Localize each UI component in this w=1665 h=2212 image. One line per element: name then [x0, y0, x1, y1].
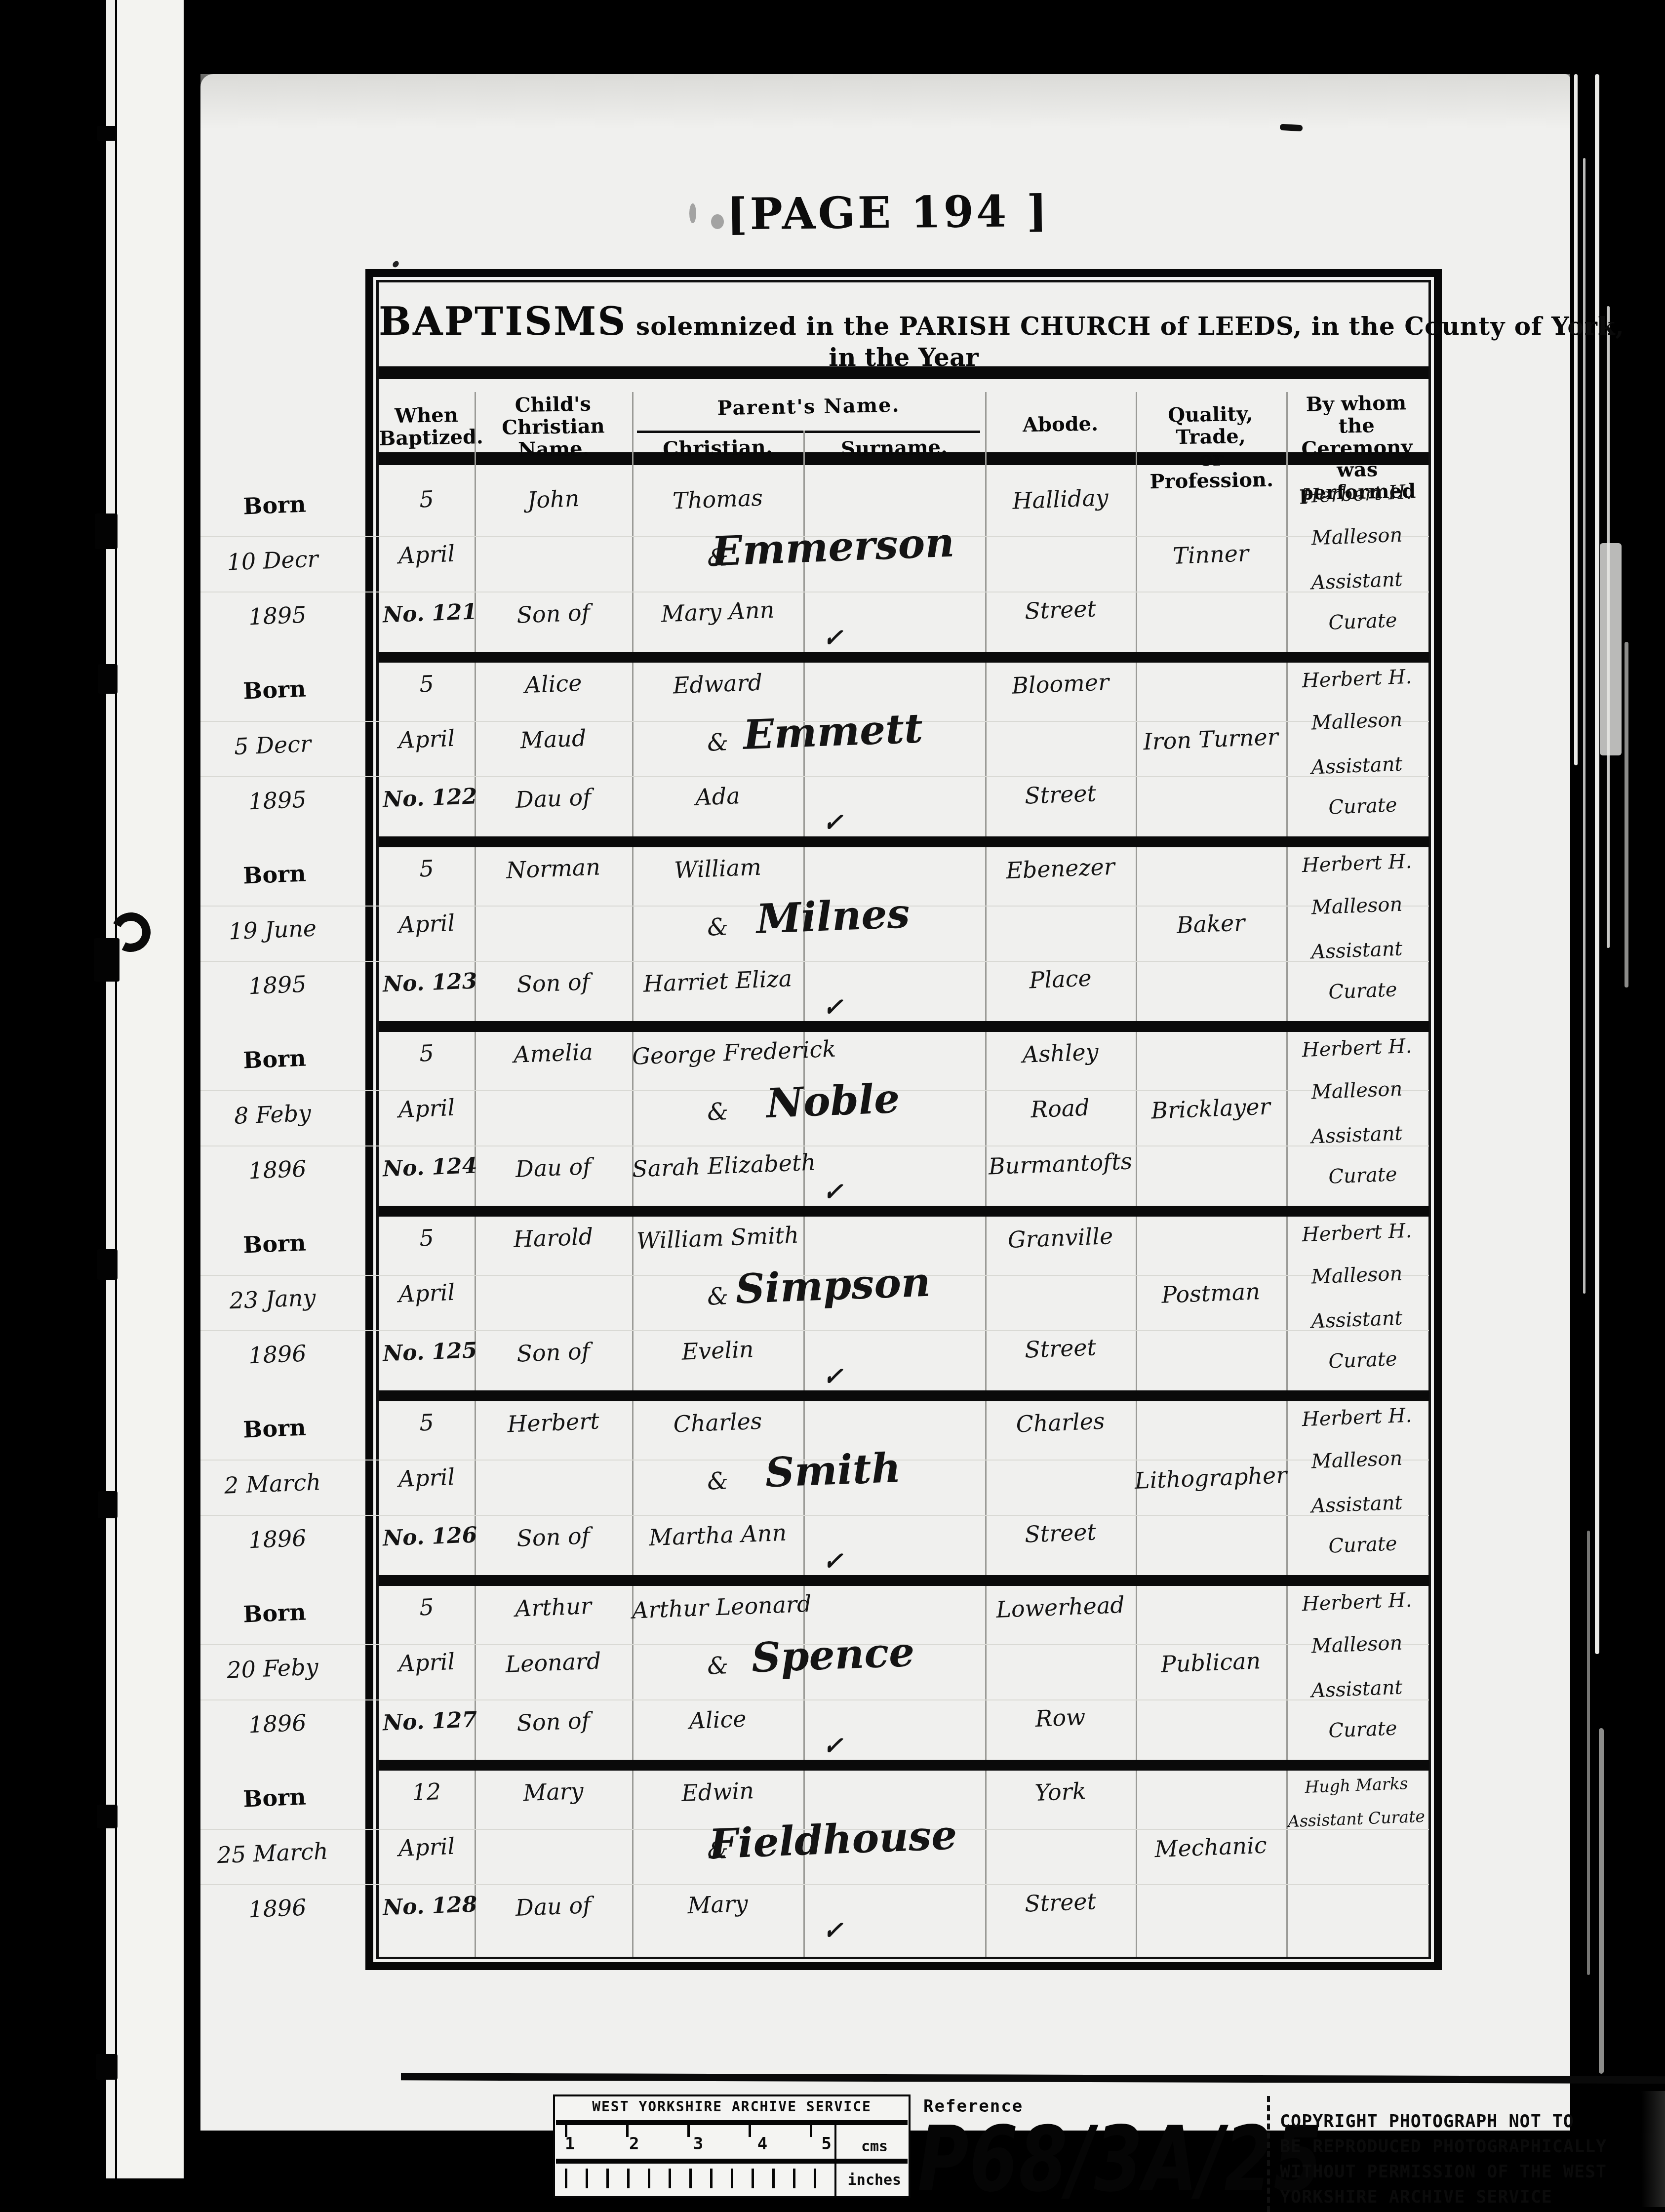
family-surname: Emmett	[694, 703, 972, 760]
check-mark: ✓	[802, 1542, 864, 1580]
child-christian-name-2	[475, 1831, 632, 1837]
abode-line1: Charles	[985, 1406, 1136, 1439]
col-header-parents-name: Parent's Name.	[632, 393, 986, 421]
baptized-day: 5	[378, 1407, 475, 1437]
profession: Bricklayer	[1119, 1092, 1303, 1125]
child-christian-name: Arthur	[474, 1591, 633, 1623]
performer-line1: Herbert H.	[1286, 480, 1428, 509]
abode-line2	[976, 1276, 1144, 1283]
inches-label: inches	[840, 2172, 909, 2189]
father-name: Thomas	[632, 482, 804, 515]
ink-dot	[392, 260, 400, 269]
table-row: Born 23 Jany 1896 5 April No. 125 Harold…	[379, 1217, 1429, 1401]
cm-number: 3	[693, 2134, 703, 2154]
film-blob	[97, 126, 117, 141]
baptized-day: 12	[378, 1777, 475, 1807]
copyright-line: COPYRIGHT PHOTOGRAPH NOT TO	[1280, 2109, 1635, 2134]
family-surname: Noble	[694, 1072, 972, 1130]
abode-line1: Lowerhead	[985, 1591, 1136, 1623]
table-title-block: BAPTISMS solemnized in the PARISH CHURCH…	[379, 282, 1428, 379]
ruler-bar	[556, 2120, 908, 2125]
baptized-day: 5	[378, 853, 475, 883]
child-relation: Son of	[474, 1521, 633, 1553]
child-relation: Son of	[474, 1705, 633, 1738]
cm-numbers: 1 2 3 4 5	[565, 2134, 832, 2154]
film-edge-strip	[106, 0, 115, 2178]
profession: Publican	[1119, 1646, 1303, 1679]
child-christian-name: Norman	[474, 852, 633, 885]
born-label: Born	[200, 858, 349, 890]
check-mark: ✓	[802, 1357, 864, 1395]
parents-name-underline	[637, 431, 980, 433]
abode-line3: Burmantofts	[985, 1147, 1136, 1180]
cm-number: 4	[757, 2134, 767, 2154]
profession: Postman	[1119, 1276, 1303, 1310]
film-streak	[1625, 642, 1628, 987]
abode-line3: Street	[985, 778, 1136, 811]
col-header-when-baptized: When Baptized.	[378, 404, 475, 450]
performer-line3: Assistant	[1286, 937, 1428, 965]
child-relation: Son of	[474, 597, 633, 630]
born-date: 10 Decr	[193, 544, 352, 577]
baptized-month: April	[378, 1093, 475, 1123]
performer-line4: Curate	[1292, 1531, 1434, 1559]
born-label: Born	[200, 673, 349, 706]
baptized-month: April	[378, 1647, 475, 1677]
mother-name: Alice	[632, 1703, 804, 1736]
baptized-day: 5	[378, 669, 475, 699]
table-row: Born 10 Decr 1895 5 April No. 121 John S…	[379, 478, 1429, 663]
family-surname: Spence	[694, 1626, 972, 1684]
copyright-line: WITHOUT PERMISSION OF THE WEST	[1280, 2160, 1635, 2185]
mother-name: Martha Ann	[632, 1518, 804, 1551]
performer-line2: Malleson	[1286, 892, 1428, 920]
born-date: 5 Decr	[193, 729, 352, 761]
performer-line4: Curate	[1292, 1716, 1434, 1744]
father-name: William	[632, 852, 804, 885]
performer-line3: Assistant	[1286, 1306, 1428, 1334]
child-relation: Dau of	[474, 1890, 633, 1923]
born-year: 1896	[208, 1523, 347, 1555]
film-streak	[1600, 543, 1622, 755]
copyright-line: BE REPRODUCED PHOTOGRAPHICALLY	[1280, 2134, 1635, 2160]
performer-line4: Curate	[1292, 977, 1434, 1005]
performer-line3	[1286, 1860, 1427, 1865]
performer-line4	[1292, 1900, 1433, 1906]
child-christian-name-2	[475, 538, 632, 544]
film-dash-mark	[1280, 124, 1303, 131]
child-christian-name: Herbert	[474, 1406, 633, 1439]
baptized-month: April	[378, 539, 475, 569]
profession: Baker	[1119, 907, 1303, 941]
born-year: 1896	[208, 1154, 347, 1186]
abode-line2	[976, 1461, 1144, 1467]
child-christian-name-2	[475, 1461, 632, 1467]
table-row: Born 25 March 1896 12 April No. 128 Mary…	[379, 1771, 1429, 1955]
profession: Tinner	[1119, 538, 1303, 571]
performer-line4: Curate	[1292, 1346, 1434, 1375]
mother-name: Harriet Eliza	[632, 964, 804, 997]
performer-line1: Herbert H.	[1286, 1219, 1428, 1247]
ruler-bar	[556, 2159, 908, 2164]
born-year: 1896	[208, 1708, 347, 1740]
born-year: 1895	[208, 785, 347, 817]
abode-line1: York	[985, 1776, 1136, 1808]
mother-name: Evelin	[632, 1334, 804, 1367]
archive-service-label: WEST YORKSHIRE ARCHIVE SERVICE	[555, 2098, 909, 2115]
archive-ruler: WEST YORKSHIRE ARCHIVE SERVICE 1 2 3 4 5…	[553, 2094, 911, 2198]
born-label: Born	[200, 1597, 349, 1629]
performer-line2: Malleson	[1286, 708, 1428, 736]
abode-line1: Bloomer	[985, 668, 1136, 700]
child-relation: Dau of	[474, 1151, 633, 1184]
born-date: 8 Feby	[193, 1098, 352, 1131]
footer-scan-band	[401, 2073, 1665, 2084]
profession: Iron Turner	[1119, 722, 1303, 756]
abode-line2	[976, 907, 1144, 913]
performer-line2: Malleson	[1286, 1262, 1428, 1290]
born-date: 23 Jany	[193, 1283, 352, 1315]
born-label: Born	[200, 1227, 349, 1260]
child-christian-name: Amelia	[474, 1037, 633, 1069]
check-mark: ✓	[802, 619, 864, 657]
copyright-notice: COPYRIGHT PHOTOGRAPH NOT TO BE REPRODUCE…	[1280, 2109, 1635, 2210]
film-blob	[97, 1249, 118, 1280]
film-streak	[1587, 1531, 1590, 1975]
check-mark: ✓	[802, 988, 864, 1026]
title-rest: solemnized in the PARISH CHURCH of LEEDS…	[627, 312, 1625, 341]
abode-line2	[976, 1830, 1144, 1837]
performer-line2: Assistant Curate	[1277, 1806, 1435, 1831]
profession: Mechanic	[1119, 1830, 1303, 1864]
father-name: Charles	[632, 1406, 804, 1439]
born-label: Born	[200, 1043, 349, 1075]
abode-line1: Ebenezer	[985, 852, 1136, 885]
table-row: Born 5 Decr 1895 5 April No. 122 Alice M…	[379, 663, 1429, 847]
baptized-day: 5	[378, 484, 475, 514]
born-label: Born	[200, 1412, 349, 1444]
register-page: [PAGE 194 ] BAPTISMS solemnized in the P…	[200, 74, 1570, 2131]
baptisms-word: BAPTISMS	[379, 299, 627, 344]
family-surname: Simpson	[694, 1257, 972, 1314]
col-header-surname: Surname.	[803, 436, 986, 461]
baptized-month: April	[378, 1278, 475, 1308]
abode-line3: Street	[985, 1332, 1136, 1365]
performer-line1: Herbert H.	[1286, 1034, 1428, 1063]
child-relation: Son of	[474, 1336, 633, 1369]
abode-line2	[976, 538, 1144, 544]
performer-line2: Malleson	[1286, 1631, 1428, 1659]
performer-line2: Malleson	[1286, 523, 1428, 551]
profession: Lithographer	[1119, 1461, 1303, 1495]
abode-line3: Place	[985, 963, 1136, 995]
child-christian-name-2: Maud	[474, 723, 633, 755]
child-christian-name: Alice	[474, 668, 633, 700]
child-christian-name-2	[475, 1277, 632, 1283]
reference-code: P68/3A/25	[917, 2107, 1323, 2212]
cm-number: 5	[822, 2134, 832, 2154]
scan-smear	[1641, 2091, 1665, 2207]
film-blob	[95, 513, 118, 549]
child-christian-name: Harold	[474, 1222, 633, 1254]
abode-line3: Street	[985, 1886, 1136, 1919]
born-date: 19 June	[193, 913, 352, 946]
check-mark: ✓	[802, 1911, 864, 1949]
inch-tick-marks	[565, 2169, 832, 2188]
child-christian-name: John	[474, 483, 633, 515]
family-surname: Smith	[694, 1441, 972, 1499]
abode-line3: Street	[985, 1517, 1136, 1549]
table-row: Born 8 Feby 1896 5 April No. 124 Amelia …	[379, 1032, 1429, 1217]
table-title: BAPTISMS solemnized in the PARISH CHURCH…	[379, 299, 1428, 344]
film-streak	[1599, 1728, 1604, 2074]
check-mark: ✓	[802, 1727, 864, 1765]
title-line2: in the Year	[379, 343, 1428, 372]
child-christian-name: Mary	[474, 1776, 633, 1808]
born-year: 1896	[208, 1893, 347, 1925]
performer-line2: Malleson	[1286, 1077, 1428, 1105]
ink-smudge	[689, 203, 696, 223]
performer-line1: Herbert H.	[1286, 1404, 1428, 1432]
performer-line4: Curate	[1292, 1162, 1434, 1190]
mother-name: Mary Ann	[632, 595, 804, 628]
film-edge-strip	[117, 0, 184, 2178]
film-blob	[98, 1491, 118, 1518]
born-label: Born	[200, 1781, 349, 1814]
abode-line2	[976, 1646, 1144, 1652]
baptized-day: 5	[378, 1592, 475, 1622]
check-mark: ✓	[802, 1173, 864, 1211]
copyright-line: YORKSHIRE ARCHIVE SERVICE	[1280, 2185, 1635, 2210]
born-year: 1895	[208, 969, 347, 1001]
baptized-month: April	[378, 1832, 475, 1862]
ink-smudge	[711, 214, 724, 229]
performer-line4: Curate	[1292, 792, 1434, 821]
abode-line2	[976, 722, 1144, 729]
mother-name: Ada	[632, 780, 804, 813]
father-name: William Smith	[632, 1221, 804, 1254]
check-mark: ✓	[802, 803, 864, 841]
baptized-day: 5	[378, 1223, 475, 1253]
born-date: 20 Feby	[193, 1652, 352, 1685]
born-label: Born	[200, 489, 349, 521]
abode-line3: Street	[985, 593, 1136, 626]
performer-line1: Herbert H.	[1286, 665, 1428, 693]
col-header-childs-name: Child's Christian Name.	[474, 393, 633, 462]
film-blob	[97, 1805, 118, 1828]
film-blob	[94, 938, 119, 982]
family-surname: Milnes	[694, 887, 972, 945]
column-header-row: When Baptized. Child's Christian Name. P…	[379, 392, 1428, 465]
film-blob	[96, 2054, 118, 2080]
child-relation: Dau of	[474, 782, 633, 815]
born-year: 1896	[208, 1339, 347, 1371]
performer-line1: Herbert H.	[1286, 850, 1428, 878]
performer-line3: Assistant	[1286, 567, 1428, 595]
born-date: 25 March	[193, 1837, 352, 1869]
born-date: 2 March	[193, 1467, 352, 1500]
performer-line4: Curate	[1292, 608, 1434, 636]
child-christian-name-2	[475, 908, 632, 913]
father-name: George Frederick	[632, 1036, 804, 1069]
performer-line1: Hugh Marks	[1277, 1773, 1435, 1798]
baptized-month: April	[378, 724, 475, 754]
col-header-christian: Christian.	[632, 436, 804, 461]
baptized-day: 5	[378, 1038, 475, 1068]
col-header-abode: Abode.	[985, 412, 1136, 437]
family-surname: Fieldhouse	[694, 1811, 972, 1868]
father-name: Arthur Leonard	[632, 1590, 804, 1623]
film-blob	[98, 664, 118, 694]
performer-line3: Assistant	[1286, 752, 1428, 780]
performer-line3: Assistant	[1286, 1675, 1428, 1703]
abode-line3: Row	[985, 1701, 1136, 1734]
child-christian-name-2	[475, 1092, 632, 1098]
film-streak	[1574, 74, 1578, 765]
child-christian-name-2: Leonard	[474, 1646, 633, 1679]
cms-label: cms	[840, 2138, 909, 2155]
cm-number: 2	[629, 2134, 639, 2154]
table-row: Born 20 Feby 1896 5 April No. 127 Arthur…	[379, 1586, 1429, 1771]
father-name: Edwin	[632, 1775, 804, 1808]
page-number-header: [PAGE 194 ]	[726, 185, 1063, 239]
film-streak	[1595, 74, 1599, 1654]
cm-number: 1	[565, 2134, 575, 2154]
baptized-month: April	[378, 908, 475, 939]
table-row: Born 2 March 1896 5 April No. 126 Herber…	[379, 1401, 1429, 1586]
abode-line1: Halliday	[985, 483, 1136, 515]
family-surname: Emmerson	[694, 518, 972, 576]
mother-name: Mary	[632, 1888, 804, 1921]
table-row: Born 19 June 1895 5 April No. 123 Norman…	[379, 847, 1429, 1032]
abode-line1: Granville	[985, 1222, 1136, 1254]
mother-name: Sarah Elizabeth	[632, 1149, 804, 1182]
performer-line3: Assistant	[1286, 1491, 1428, 1519]
baptized-month: April	[378, 1462, 475, 1493]
footer-dashed-divider	[1267, 2096, 1270, 2212]
born-year: 1895	[208, 600, 347, 632]
performer-line1: Herbert H.	[1286, 1588, 1428, 1617]
performer-line3: Assistant	[1286, 1121, 1428, 1149]
father-name: Edward	[632, 667, 804, 700]
performer-line2: Malleson	[1286, 1446, 1428, 1474]
child-relation: Son of	[474, 967, 633, 999]
abode-line1: Ashley	[985, 1037, 1136, 1069]
